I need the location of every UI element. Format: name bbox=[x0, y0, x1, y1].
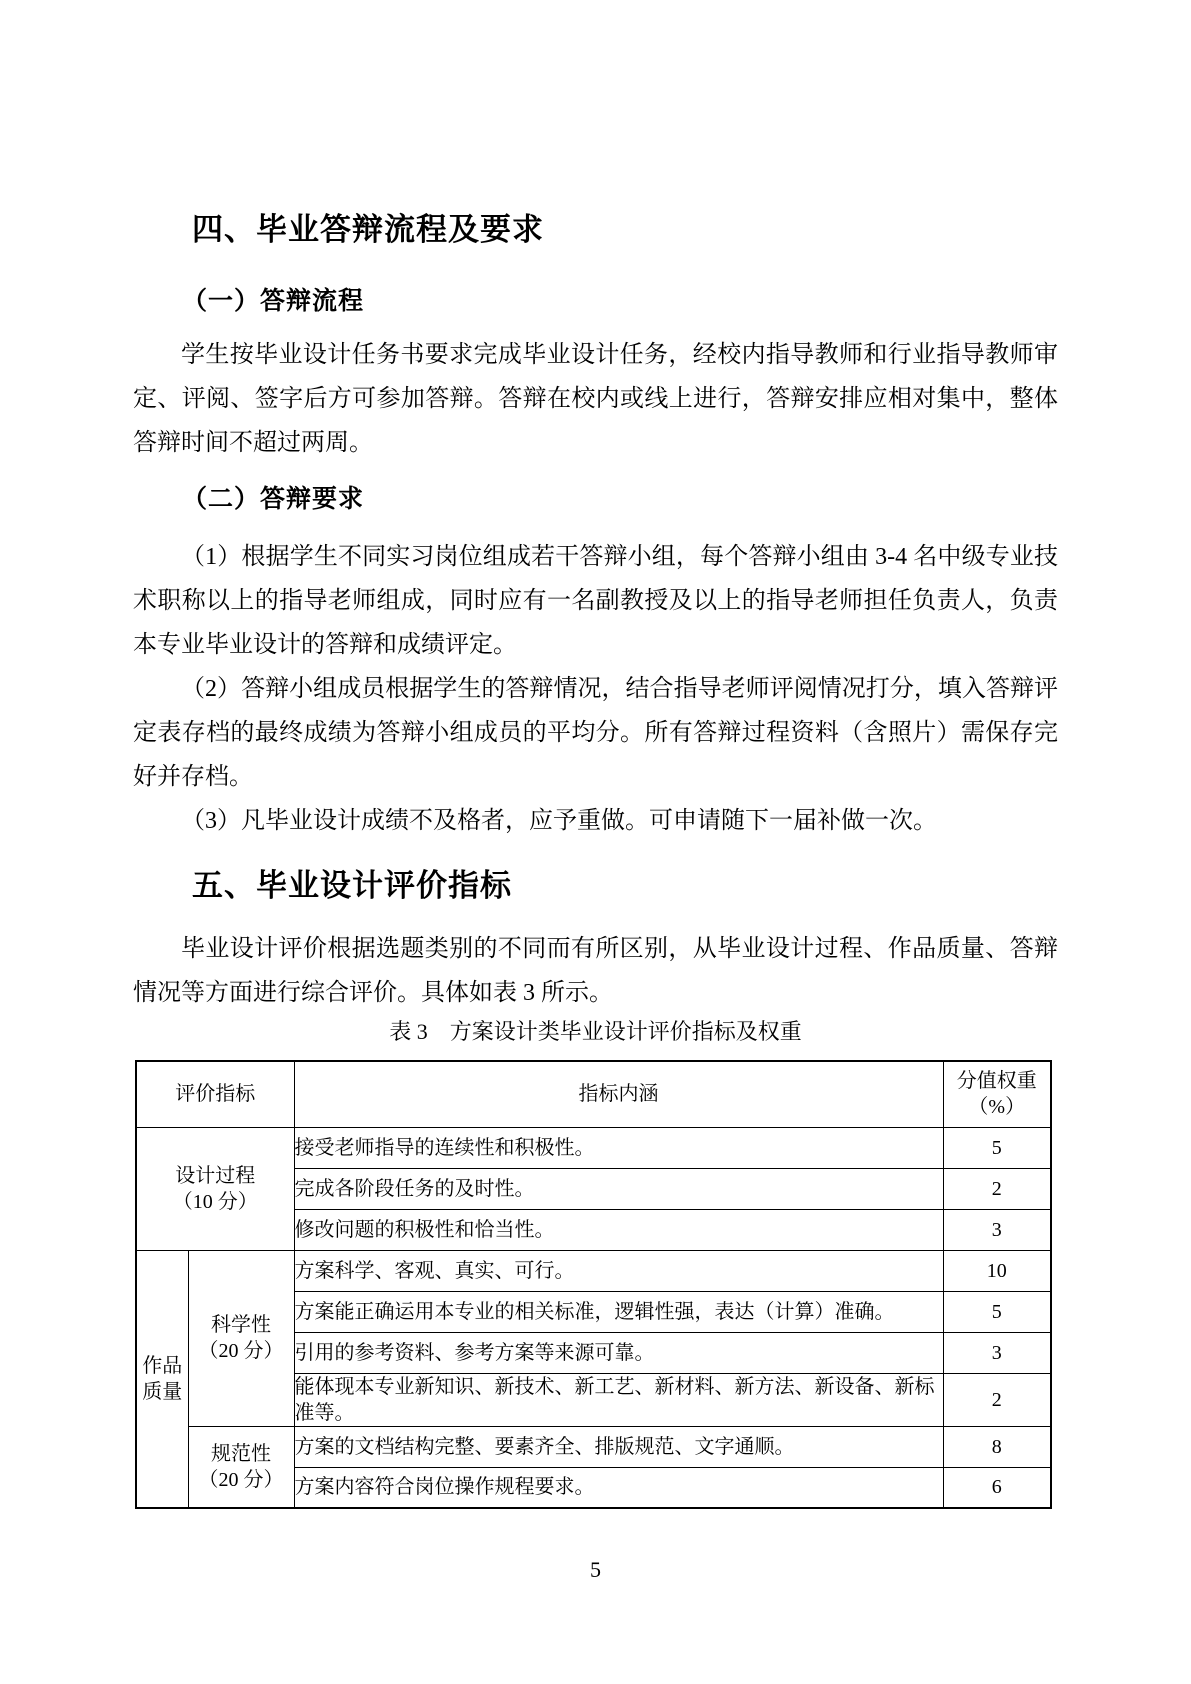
weight-cell: 3 bbox=[943, 1332, 1051, 1373]
group-standard: 规范性 （20 分） bbox=[188, 1426, 294, 1508]
weight-cell: 2 bbox=[943, 1373, 1051, 1426]
group-scientific-line1: 科学性 bbox=[189, 1312, 294, 1338]
indicator-content-cell: 引用的参考资料、参考方案等来源可靠。 bbox=[294, 1332, 943, 1373]
weight-cell: 3 bbox=[943, 1209, 1051, 1250]
weight-cell: 6 bbox=[943, 1467, 1051, 1508]
group-design-process-line1: 设计过程 bbox=[137, 1163, 294, 1189]
indicator-content-cell: 方案的文档结构完整、要素齐全、排版规范、文字通顺。 bbox=[294, 1426, 943, 1467]
defense-flow-paragraph: 学生按毕业设计任务书要求完成毕业设计任务，经校内指导教师和行业指导教师审定、评阅… bbox=[133, 333, 1058, 465]
indicator-content-cell: 修改问题的积极性和恰当性。 bbox=[294, 1209, 943, 1250]
weight-cell: 5 bbox=[943, 1291, 1051, 1332]
table-row: 作品质量 科学性 （20 分） 方案科学、客观、真实、可行。 10 bbox=[136, 1250, 1051, 1291]
indicator-content-cell: 方案内容符合岗位操作规程要求。 bbox=[294, 1467, 943, 1508]
requirement-item-2: （2）答辩小组成员根据学生的答辩情况，结合指导老师评阅情况打分，填入答辩评定表存… bbox=[133, 667, 1058, 799]
indicator-content-cell: 完成各阶段任务的及时性。 bbox=[294, 1168, 943, 1209]
table-header-row: 评价指标 指标内涵 分值权重 （%） bbox=[136, 1061, 1051, 1127]
indicator-content-cell: 方案科学、客观、真实、可行。 bbox=[294, 1250, 943, 1291]
section-4-1-heading: （一）答辩流程 bbox=[133, 286, 1058, 316]
weight-cell: 2 bbox=[943, 1168, 1051, 1209]
group-work-quality: 作品质量 bbox=[136, 1250, 188, 1508]
requirement-item-1: （1）根据学生不同实习岗位组成若干答辩小组，每个答辩小组由 3-4 名中级专业技… bbox=[133, 535, 1058, 667]
table-row: 规范性 （20 分） 方案的文档结构完整、要素齐全、排版规范、文字通顺。 8 bbox=[136, 1426, 1051, 1467]
requirement-item-3: （3）凡毕业设计成绩不及格者，应予重做。可申请随下一届补做一次。 bbox=[133, 799, 1058, 843]
evaluation-paragraph: 毕业设计评价根据选题类别的不同而有所区别，从毕业设计过程、作品质量、答辩情况等方… bbox=[133, 927, 1058, 1015]
weight-cell: 5 bbox=[943, 1127, 1051, 1168]
section-4-2-heading: （二）答辩要求 bbox=[133, 484, 1058, 514]
evaluation-table: 评价指标 指标内涵 分值权重 （%） 设计过程 （10 分） 接受老师指导的连续… bbox=[135, 1060, 1052, 1509]
weight-cell: 10 bbox=[943, 1250, 1051, 1291]
indicator-content-cell: 方案能正确运用本专业的相关标准，逻辑性强，表达（计算）准确。 bbox=[294, 1291, 943, 1332]
indicator-content-cell: 能体现本专业新知识、新技术、新工艺、新材料、新方法、新设备、新标准等。 bbox=[294, 1373, 943, 1426]
page-number: 5 bbox=[133, 1557, 1058, 1583]
table-caption: 表 3 方案设计类毕业设计评价指标及权重 bbox=[133, 1017, 1058, 1047]
header-weight-line1: 分值权重 bbox=[944, 1068, 1051, 1094]
group-design-process: 设计过程 （10 分） bbox=[136, 1127, 294, 1250]
section-4-heading: 四、毕业答辩流程及要求 bbox=[133, 210, 1058, 250]
header-weight-line2: （%） bbox=[944, 1094, 1051, 1120]
group-design-process-line2: （10 分） bbox=[137, 1189, 294, 1215]
header-content: 指标内涵 bbox=[294, 1061, 943, 1127]
section-5-heading: 五、毕业设计评价指标 bbox=[133, 866, 1058, 906]
header-weight: 分值权重 （%） bbox=[943, 1061, 1051, 1127]
header-indicator: 评价指标 bbox=[136, 1061, 294, 1127]
table-row: 设计过程 （10 分） 接受老师指导的连续性和积极性。 5 bbox=[136, 1127, 1051, 1168]
group-scientific: 科学性 （20 分） bbox=[188, 1250, 294, 1426]
group-standard-line2: （20 分） bbox=[189, 1467, 294, 1493]
group-standard-line1: 规范性 bbox=[189, 1441, 294, 1467]
weight-cell: 8 bbox=[943, 1426, 1051, 1467]
group-scientific-line2: （20 分） bbox=[189, 1338, 294, 1364]
page-content: 四、毕业答辩流程及要求 （一）答辩流程 学生按毕业设计任务书要求完成毕业设计任务… bbox=[133, 210, 1058, 1583]
document-page: 四、毕业答辩流程及要求 （一）答辩流程 学生按毕业设计任务书要求完成毕业设计任务… bbox=[0, 0, 1191, 1684]
indicator-content-cell: 接受老师指导的连续性和积极性。 bbox=[294, 1127, 943, 1168]
